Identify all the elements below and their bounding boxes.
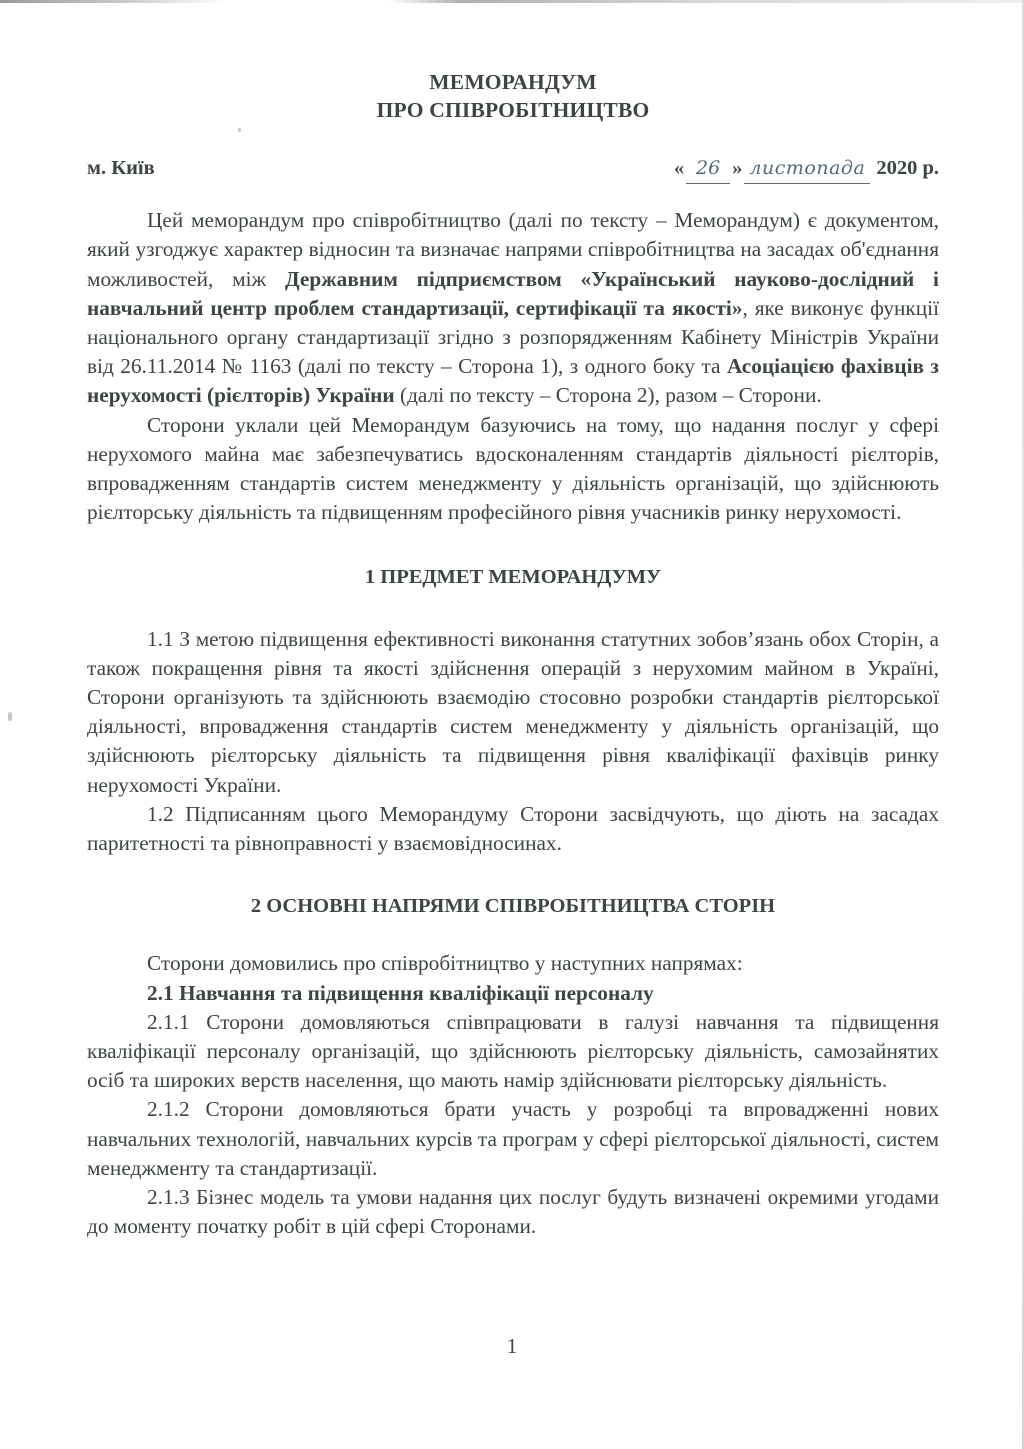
place-date-row: м. Київ « 26 » листопада 2020 р. — [87, 154, 939, 184]
subsection-2-1-heading: 2.1 Навчання та підвищення кваліфікації … — [87, 979, 939, 1008]
intro-text: (далі по тексту – Сторона 2), разом – Ст… — [395, 383, 822, 407]
handwritten-day: 26 — [686, 154, 730, 184]
section-2-lead: Сторони домовились про співробітництво у… — [87, 949, 939, 978]
handwritten-month: листопада — [744, 154, 870, 184]
place: м. Київ — [87, 154, 155, 183]
document-title: МЕМОРАНДУМ ПРО СПІВРОБІТНИЦТВО — [87, 68, 939, 124]
clause-2-1-3: 2.1.3 Бізнес модель та умови надання цих… — [87, 1183, 939, 1241]
section-2-heading: 2 ОСНОВНІ НАПРЯМИ СПІВРОБІТНИЦТВА СТОРІН — [87, 892, 939, 921]
scan-edge-top — [0, 0, 1024, 3]
clause-2-1-1: 2.1.1 Сторони домовляються співпрацювати… — [87, 1008, 939, 1096]
section-1-heading: 1 ПРЕДМЕТ МЕМОРАНДУМУ — [87, 563, 939, 592]
intro-paragraph-1: Цей меморандум про співробітництво (далі… — [87, 206, 939, 410]
page-number: 1 — [0, 1334, 1024, 1359]
date: « 26 » листопада 2020 р. — [674, 154, 939, 184]
date-open-quote: « — [674, 154, 684, 183]
intro-paragraph-2: Сторони уклали цей Меморандум базуючись … — [87, 411, 939, 528]
clause-1-2: 1.2 Підписанням цього Меморандуму Сторон… — [87, 800, 939, 858]
document-page: МЕМОРАНДУМ ПРО СПІВРОБІТНИЦТВО м. Київ «… — [87, 68, 939, 1242]
title-line-1: МЕМОРАНДУМ — [429, 70, 596, 94]
date-year: 2020 р. — [876, 154, 939, 183]
title-line-2: ПРО СПІВРОБІТНИЦТВО — [377, 98, 650, 122]
date-close-quote: » — [732, 154, 742, 183]
scan-speck — [8, 712, 12, 721]
clause-2-1-2: 2.1.2 Сторони домовляються брати участь … — [87, 1095, 939, 1183]
clause-1-1: 1.1 З метою підвищення ефективності вико… — [87, 625, 939, 800]
